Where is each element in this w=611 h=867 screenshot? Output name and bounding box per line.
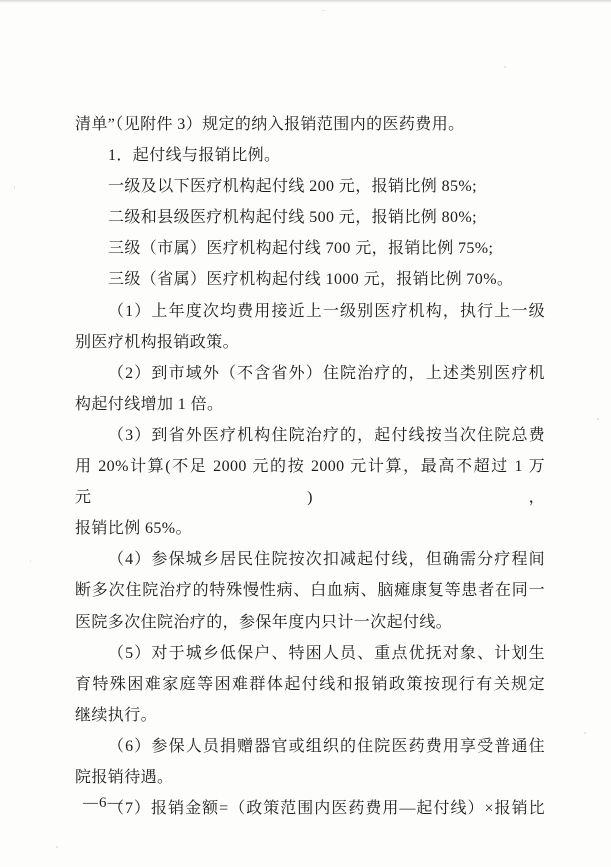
scan-noise-speck xyxy=(597,418,599,420)
scan-noise-speck xyxy=(584,732,586,734)
text-line: （4）参保城乡居民住院按次扣减起付线，但确需分疗程间 xyxy=(75,544,545,575)
text-line: （2）到市域外（不含省外）住院治疗的，上述类别医疗机 xyxy=(75,358,545,389)
text-line: 用 20%计算(不足 2000 元的按 2000 元计算，最高不超过 1 万元)… xyxy=(75,451,545,513)
page-number: —6— xyxy=(83,795,124,812)
text-line: 报销比例 65%。 xyxy=(75,513,545,544)
scan-noise-speck xyxy=(30,560,31,562)
scan-noise-speck xyxy=(322,10,325,11)
text-line: 三级（市属）医疗机构起付线 700 元，报销比例 75%; xyxy=(75,233,545,264)
text-line: 1．起付线与报销比例。 xyxy=(75,140,545,171)
document-text-block: 清单”（见附件 3）规定的纳入报销范围内的医药费用。1．起付线与报销比例。一级及… xyxy=(75,109,545,824)
text-line: （7）报销金额=（政策范围内医药费用—起付线）×报销比 xyxy=(75,793,545,824)
text-line: （3）到省外医疗机构住院治疗的，起付线按当次住院总费 xyxy=(75,420,545,451)
text-line: 断多次住院治疗的特殊慢性病、白血病、脑瘫康复等患者在同一 xyxy=(75,575,545,606)
scan-noise-speck xyxy=(504,66,506,68)
text-line: （5）对于城乡低保户、特困人员、重点优抚对象、计划生 xyxy=(75,638,545,669)
text-line: （1）上年度次均费用接近上一级别医疗机构，执行上一级 xyxy=(75,296,545,327)
text-line: 清单”（见附件 3）规定的纳入报销范围内的医药费用。 xyxy=(75,109,545,140)
scanned-document-page: 清单”（见附件 3）规定的纳入报销范围内的医药费用。1．起付线与报销比例。一级及… xyxy=(0,0,611,867)
text-line: （6）参保人员捐赠器官或组织的住院医药费用享受普通住 xyxy=(75,731,545,762)
text-line: 院报销待遇。 xyxy=(75,762,545,793)
text-line: 一级及以下医疗机构起付线 200 元，报销比例 85%; xyxy=(75,171,545,202)
text-line: 二级和县级医疗机构起付线 500 元，报销比例 80%; xyxy=(75,202,545,233)
text-line: 三级（省属）医疗机构起付线 1000 元，报销比例 70%。 xyxy=(75,264,545,295)
text-line: 医院多次住院治疗的，参保年度内只计一次起付线。 xyxy=(75,607,545,638)
text-line: 继续执行。 xyxy=(75,700,545,731)
scan-edge-artifact xyxy=(0,0,611,3)
scan-noise-speck xyxy=(56,846,58,848)
scan-noise-speck xyxy=(14,186,15,189)
text-line: 别医疗机构报销政策。 xyxy=(75,327,545,358)
text-line: 育特殊困难家庭等困难群体起付线和报销政策按现行有关规定 xyxy=(75,669,545,700)
text-line: 构起付线增加 1 倍。 xyxy=(75,389,545,420)
